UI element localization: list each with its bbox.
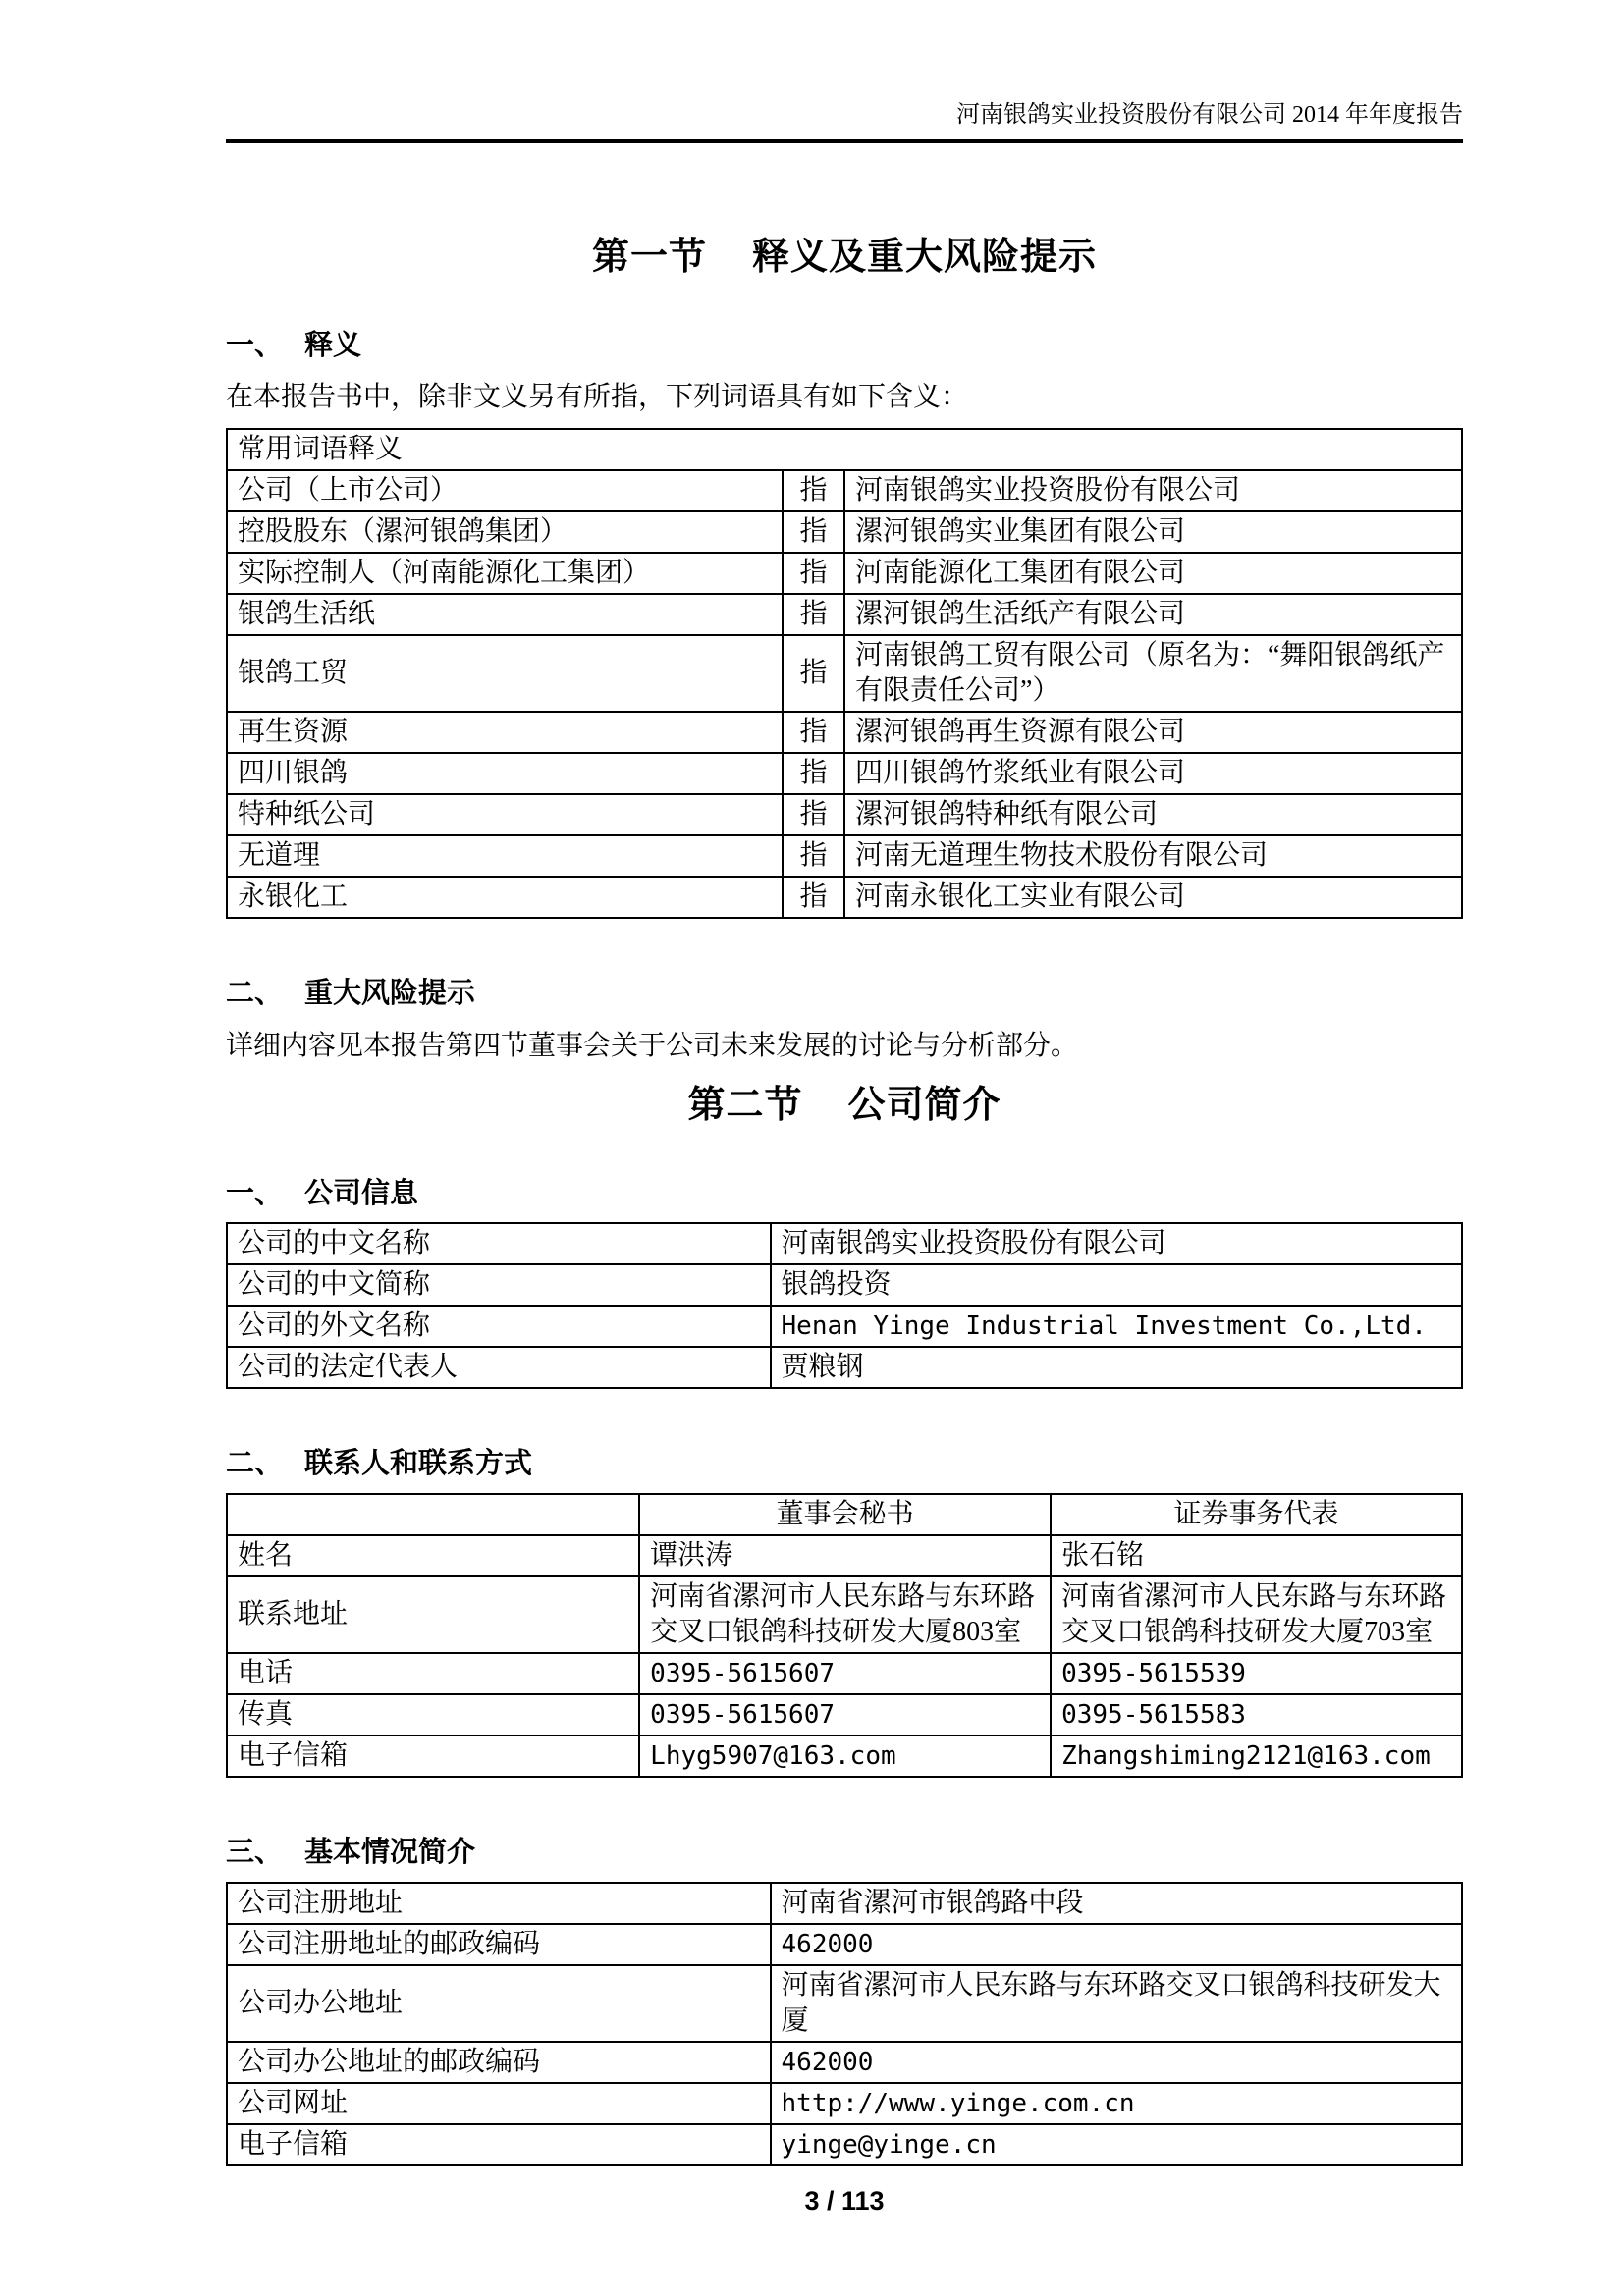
meaning-cell: 漯河银鸽生活纸产有限公司: [844, 594, 1462, 635]
term-cell: 实际控制人（河南能源化工集团）: [227, 553, 783, 594]
meaning-cell: 漯河银鸽实业集团有限公司: [844, 511, 1462, 553]
meaning-cell: 河南银鸽工贸有限公司（原名为：“舞阳银鸽纸产有限责任公司”）: [844, 635, 1462, 712]
basic-info-heading: 三、基本情况简介: [226, 1835, 1463, 1872]
table-row: 银鸽生活纸 指 漯河银鸽生活纸产有限公司: [227, 594, 1462, 635]
risk-heading: 二、重大风险提示: [226, 976, 1463, 1013]
section2-number: 第二节: [687, 1085, 802, 1126]
representative-cell: 0395-5615583: [1051, 1694, 1462, 1735]
label-cell: 公司的中文简称: [227, 1264, 771, 1306]
definitions-heading-marker: 一、: [226, 330, 283, 361]
term-cell: 再生资源: [227, 712, 783, 753]
contacts-table: 董事会秘书 证券事务代表 姓名 谭洪涛 张石铭 联系地址 河南省漯河市人民东路与…: [226, 1493, 1463, 1778]
value-cell: 462000: [771, 1924, 1462, 1965]
secretary-cell: 河南省漯河市人民东路与东环路交叉口银鸽科技研发大厦803室: [639, 1576, 1051, 1653]
table-row: 无道理 指 河南无道理生物技术股份有限公司: [227, 835, 1462, 877]
company-info-table: 公司的中文名称 河南银鸽实业投资股份有限公司 公司的中文简称 银鸽投资 公司的外…: [226, 1222, 1463, 1389]
table-row: 公司办公地址的邮政编码 462000: [227, 2042, 1462, 2083]
table-row: 实际控制人（河南能源化工集团） 指 河南能源化工集团有限公司: [227, 553, 1462, 594]
table-row: 公司办公地址 河南省漯河市人民东路与东环路交叉口银鸽科技研发大厦: [227, 1965, 1462, 2042]
table-row: 公司（上市公司） 指 河南银鸽实业投资股份有限公司: [227, 470, 1462, 511]
zhi-cell: 指: [783, 712, 844, 753]
representative-cell: 张石铭: [1051, 1535, 1462, 1576]
secretary-cell: 0395-5615607: [639, 1653, 1051, 1694]
contacts-heading-label: 联系人和联系方式: [304, 1448, 532, 1479]
term-cell: 控股股东（漯河银鸽集团）: [227, 511, 783, 553]
zhi-cell: 指: [783, 470, 844, 511]
document-page: 河南银鸽实业投资股份有限公司 2014 年年度报告 第一节释义及重大风险提示 一…: [0, 0, 1624, 2296]
page-number: 3 / 113: [226, 2186, 1463, 2216]
table-row: 特种纸公司 指 漯河银鸽特种纸有限公司: [227, 794, 1462, 835]
section2-title: 第二节公司简介: [226, 1084, 1463, 1129]
table-row: 公司注册地址 河南省漯河市银鸽路中段: [227, 1883, 1462, 1924]
label-cell: 姓名: [227, 1535, 639, 1576]
table-row: 公司的外文名称 Henan Yinge Industrial Investmen…: [227, 1306, 1462, 1347]
meaning-cell: 河南无道理生物技术股份有限公司: [844, 835, 1462, 877]
value-cell: 462000: [771, 2042, 1462, 2083]
meaning-cell: 河南永银化工实业有限公司: [844, 877, 1462, 918]
representative-cell: 河南省漯河市人民东路与东环路交叉口银鸽科技研发大厦703室: [1051, 1576, 1462, 1653]
term-cell: 特种纸公司: [227, 794, 783, 835]
table-row: 电话 0395-5615607 0395-5615539: [227, 1653, 1462, 1694]
table-row: 电子信箱 Lhyg5907@163.com Zhangshiming2121@1…: [227, 1735, 1462, 1777]
zhi-cell: 指: [783, 877, 844, 918]
value-cell: Henan Yinge Industrial Investment Co.,Lt…: [771, 1306, 1462, 1347]
corner-cell: [227, 1494, 639, 1535]
basic-info-table: 公司注册地址 河南省漯河市银鸽路中段 公司注册地址的邮政编码 462000 公司…: [226, 1882, 1463, 2166]
table-row: 永银化工 指 河南永银化工实业有限公司: [227, 877, 1462, 918]
meaning-cell: 河南银鸽实业投资股份有限公司: [844, 470, 1462, 511]
zhi-cell: 指: [783, 594, 844, 635]
term-cell: 无道理: [227, 835, 783, 877]
secretary-column-header: 董事会秘书: [639, 1494, 1051, 1535]
risk-heading-label: 重大风险提示: [304, 978, 475, 1009]
section2-title-text: 公司简介: [848, 1085, 1001, 1126]
representative-cell: 0395-5615539: [1051, 1653, 1462, 1694]
secretary-cell: Lhyg5907@163.com: [639, 1735, 1051, 1777]
term-cell: 四川银鸽: [227, 753, 783, 794]
table-row: 姓名 谭洪涛 张石铭: [227, 1535, 1462, 1576]
label-cell: 公司注册地址的邮政编码: [227, 1924, 771, 1965]
section1-title-text: 释义及重大风险提示: [752, 237, 1097, 278]
table-caption-row: 常用词语释义: [227, 429, 1462, 470]
table-row: 传真 0395-5615607 0395-5615583: [227, 1694, 1462, 1735]
page-content: 河南银鸽实业投资股份有限公司 2014 年年度报告 第一节释义及重大风险提示 一…: [226, 0, 1463, 2216]
meaning-cell: 漯河银鸽特种纸有限公司: [844, 794, 1462, 835]
table-row: 公司的法定代表人 贾粮钢: [227, 1347, 1462, 1388]
label-cell: 公司办公地址: [227, 1965, 771, 2042]
label-cell: 公司注册地址: [227, 1883, 771, 1924]
table-row: 公司的中文名称 河南银鸽实业投资股份有限公司: [227, 1223, 1462, 1264]
label-cell: 电子信箱: [227, 2124, 771, 2165]
term-cell: 永银化工: [227, 877, 783, 918]
value-cell: yinge@yinge.cn: [771, 2124, 1462, 2165]
table-row: 公司的中文简称 银鸽投资: [227, 1264, 1462, 1306]
value-cell: 贾粮钢: [771, 1347, 1462, 1388]
label-cell: 公司的外文名称: [227, 1306, 771, 1347]
table-row: 四川银鸽 指 四川银鸽竹浆纸业有限公司: [227, 753, 1462, 794]
value-cell: 河南省漯河市人民东路与东环路交叉口银鸽科技研发大厦: [771, 1965, 1462, 2042]
label-cell: 电话: [227, 1653, 639, 1694]
definitions-caption-cell: 常用词语释义: [227, 429, 1462, 470]
section1-number: 第一节: [592, 237, 707, 278]
company-info-heading-marker: 一、: [226, 1178, 283, 1209]
company-info-heading: 一、公司信息: [226, 1176, 1463, 1213]
representative-cell: Zhangshiming2121@163.com: [1051, 1735, 1462, 1777]
contacts-heading-marker: 二、: [226, 1448, 283, 1479]
table-row: 公司注册地址的邮政编码 462000: [227, 1924, 1462, 1965]
term-cell: 银鸽生活纸: [227, 594, 783, 635]
section1-title: 第一节释义及重大风险提示: [226, 236, 1463, 281]
company-info-heading-label: 公司信息: [304, 1178, 418, 1209]
basic-info-heading-label: 基本情况简介: [304, 1837, 475, 1868]
risk-text: 详细内容见本报告第四节董事会关于公司未来发展的讨论与分析部分。: [226, 1027, 1463, 1067]
table-header-row: 董事会秘书 证券事务代表: [227, 1494, 1462, 1535]
basic-info-heading-marker: 三、: [226, 1837, 283, 1868]
zhi-cell: 指: [783, 553, 844, 594]
term-cell: 银鸽工贸: [227, 635, 783, 712]
label-cell: 公司的中文名称: [227, 1223, 771, 1264]
table-row: 公司网址 http://www.yinge.com.cn: [227, 2083, 1462, 2124]
definitions-heading: 一、释义: [226, 328, 1463, 365]
zhi-cell: 指: [783, 635, 844, 712]
term-cell: 公司（上市公司）: [227, 470, 783, 511]
label-cell: 传真: [227, 1694, 639, 1735]
definitions-intro: 在本报告书中，除非文义另有所指，下列词语具有如下含义：: [226, 378, 1463, 418]
label-cell: 公司办公地址的邮政编码: [227, 2042, 771, 2083]
secretary-cell: 谭洪涛: [639, 1535, 1051, 1576]
table-row: 再生资源 指 漯河银鸽再生资源有限公司: [227, 712, 1462, 753]
value-cell: 河南银鸽实业投资股份有限公司: [771, 1223, 1462, 1264]
table-row: 电子信箱 yinge@yinge.cn: [227, 2124, 1462, 2165]
meaning-cell: 漯河银鸽再生资源有限公司: [844, 712, 1462, 753]
zhi-cell: 指: [783, 835, 844, 877]
value-cell: 河南省漯河市银鸽路中段: [771, 1883, 1462, 1924]
representative-column-header: 证券事务代表: [1051, 1494, 1462, 1535]
report-header-title: 河南银鸽实业投资股份有限公司 2014 年年度报告: [956, 102, 1463, 128]
meaning-cell: 四川银鸽竹浆纸业有限公司: [844, 753, 1462, 794]
zhi-cell: 指: [783, 511, 844, 553]
zhi-cell: 指: [783, 794, 844, 835]
meaning-cell: 河南能源化工集团有限公司: [844, 553, 1462, 594]
label-cell: 电子信箱: [227, 1735, 639, 1777]
running-header: 河南银鸽实业投资股份有限公司 2014 年年度报告: [226, 0, 1463, 143]
risk-heading-marker: 二、: [226, 978, 283, 1009]
secretary-cell: 0395-5615607: [639, 1694, 1051, 1735]
value-cell: http://www.yinge.com.cn: [771, 2083, 1462, 2124]
value-cell: 银鸽投资: [771, 1264, 1462, 1306]
table-row: 银鸽工贸 指 河南银鸽工贸有限公司（原名为：“舞阳银鸽纸产有限责任公司”）: [227, 635, 1462, 712]
table-row: 联系地址 河南省漯河市人民东路与东环路交叉口银鸽科技研发大厦803室 河南省漯河…: [227, 1576, 1462, 1653]
zhi-cell: 指: [783, 753, 844, 794]
contacts-heading: 二、联系人和联系方式: [226, 1446, 1463, 1483]
definitions-heading-label: 释义: [304, 330, 361, 361]
table-row: 控股股东（漯河银鸽集团） 指 漯河银鸽实业集团有限公司: [227, 511, 1462, 553]
definitions-table: 常用词语释义 公司（上市公司） 指 河南银鸽实业投资股份有限公司 控股股东（漯河…: [226, 428, 1463, 919]
label-cell: 联系地址: [227, 1576, 639, 1653]
label-cell: 公司网址: [227, 2083, 771, 2124]
label-cell: 公司的法定代表人: [227, 1347, 771, 1388]
